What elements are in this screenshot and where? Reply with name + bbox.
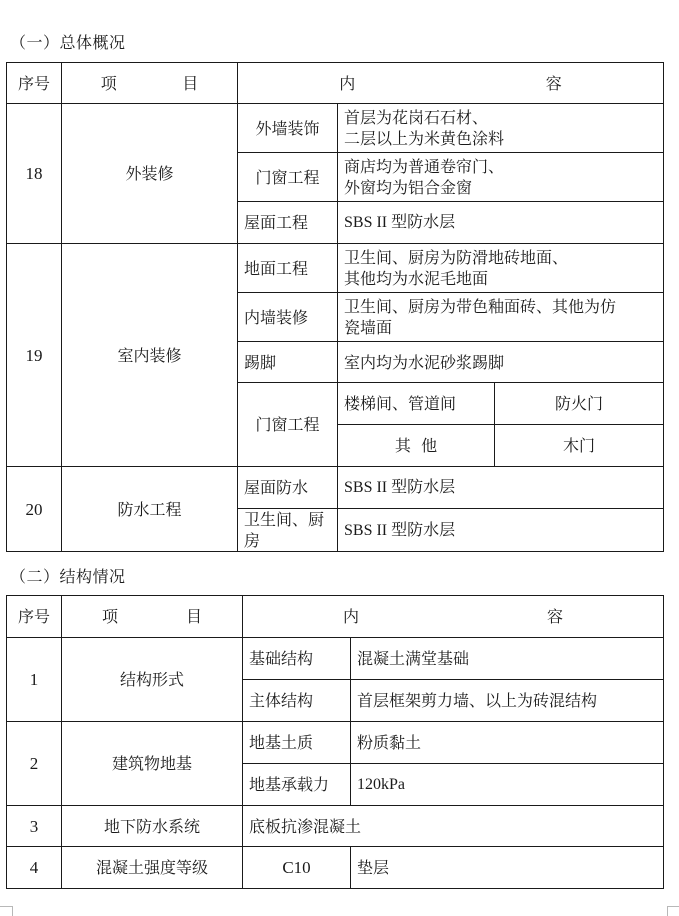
row-item: 地下防水系统 — [62, 806, 243, 847]
row-item: 外装修 — [62, 104, 238, 244]
page-corner-mark-right — [667, 906, 679, 916]
content-line: 卫生间、厨房为防滑地砖地面、 — [344, 247, 657, 268]
table-row: 2 建筑物地基 地基土质 粉质黏土 — [7, 722, 664, 764]
sub-item-name: 踢脚 — [238, 342, 338, 383]
table-row: 20 防水工程 屋面防水 SBS II 型防水层 — [7, 467, 664, 509]
sub-item-content: SBS II 型防水层 — [338, 467, 664, 509]
row-item: 结构形式 — [62, 638, 243, 722]
row-value: 底板抗渗混凝土 — [243, 806, 664, 847]
sub-item-name: 门窗工程 — [238, 153, 338, 202]
sub-item-content: 首层为花岗石石材、二层以上为米黄色涂料 — [338, 104, 664, 153]
row-value: 垫层 — [351, 847, 664, 889]
sub-item-content: 室内均为水泥砂浆踢脚 — [338, 342, 664, 383]
sub-item-name: 地面工程 — [238, 244, 338, 293]
table-row: 18 外装修 外墙装饰 首层为花岗石石材、二层以上为米黄色涂料 — [7, 104, 664, 153]
sub-item-content: 卫生间、厨房为带色釉面砖、其他为仿瓷墙面 — [338, 293, 664, 342]
header-seq: 序号 — [7, 63, 62, 104]
content-line: 商店均为普通卷帘门、 — [344, 156, 657, 177]
row-seq: 2 — [7, 722, 62, 806]
grid-cell: 其 他 — [338, 425, 495, 467]
sub-item-content: 卫生间、厨房为防滑地砖地面、其他均为水泥毛地面 — [338, 244, 664, 293]
grid-cell: 木门 — [495, 425, 664, 467]
header-item-a: 项 — [102, 606, 118, 627]
row-item: 防水工程 — [62, 467, 238, 552]
row-seq: 19 — [7, 244, 62, 467]
header-item-b: 目 — [182, 73, 198, 94]
sub-item-name: 屋面防水 — [238, 467, 338, 509]
table-row: 19 室内装修 地面工程 卫生间、厨房为防滑地砖地面、其他均为水泥毛地面 — [7, 244, 664, 293]
header-content-b: 容 — [546, 73, 562, 94]
row-seq: 3 — [7, 806, 62, 847]
table-header-row: 序号 项目 内容 — [7, 596, 664, 638]
row-item: 混凝土强度等级 — [62, 847, 243, 889]
page-corner-mark-left — [0, 906, 13, 916]
content-line: 卫生间、厨房为带色釉面砖、其他为仿 — [344, 296, 657, 317]
content-line: 外窗均为铝合金窗 — [344, 177, 657, 198]
sub-item-value: 粉质黏土 — [351, 722, 664, 764]
sub-item-name: 基础结构 — [243, 638, 351, 680]
sub-item-content: SBS II 型防水层 — [338, 202, 664, 244]
content-line: 瓷墙面 — [344, 317, 657, 338]
header-item-b: 目 — [186, 606, 202, 627]
grid-cell: 防火门 — [495, 383, 664, 425]
header-seq: 序号 — [7, 596, 62, 638]
table-row: 1 结构形式 基础结构 混凝土满堂基础 — [7, 638, 664, 680]
sub-item-content: 商店均为普通卷帘门、外窗均为铝合金窗 — [338, 153, 664, 202]
header-content: 内容 — [238, 63, 664, 104]
sub-item-content: SBS II 型防水层 — [338, 509, 664, 552]
sub-item-value: 120kPa — [351, 764, 664, 806]
structure-table: 序号 项目 内容 1 结构形式 基础结构 混凝土满堂基础 主体结构 首层框架剪力… — [6, 595, 664, 889]
header-content: 内容 — [243, 596, 664, 638]
row-grade: C10 — [243, 847, 351, 889]
sub-item-name: 卫生间、厨房 — [238, 509, 338, 552]
row-item: 建筑物地基 — [62, 722, 243, 806]
table-header-row: 序号 项目 内容 — [7, 63, 664, 104]
header-item: 项目 — [62, 63, 238, 104]
sub-item-value: 首层框架剪力墙、以上为砖混结构 — [351, 680, 664, 722]
table-row: 3 地下防水系统 底板抗渗混凝土 — [7, 806, 664, 847]
sub-item-name: 地基土质 — [243, 722, 351, 764]
content-line: 其他均为水泥毛地面 — [344, 268, 657, 289]
row-seq: 20 — [7, 467, 62, 552]
sub-item-name: 门窗工程 — [238, 383, 338, 467]
sub-item-name: 主体结构 — [243, 680, 351, 722]
row-seq: 18 — [7, 104, 62, 244]
row-seq: 1 — [7, 638, 62, 722]
row-seq: 4 — [7, 847, 62, 889]
header-content-b: 容 — [547, 606, 563, 627]
grid-cell: 楼梯间、管道间 — [338, 383, 495, 425]
sub-item-name: 外墙装饰 — [238, 104, 338, 153]
section-title-structure: （二）结构情况 — [10, 564, 126, 587]
overview-table: 序号 项目 内容 18 外装修 外墙装饰 首层为花岗石石材、二层以上为米黄色涂料… — [6, 62, 664, 552]
sub-item-value: 混凝土满堂基础 — [351, 638, 664, 680]
content-line: 二层以上为米黄色涂料 — [344, 128, 657, 149]
table-row: 4 混凝土强度等级 C10 垫层 — [7, 847, 664, 889]
sub-item-name: 屋面工程 — [238, 202, 338, 244]
sub-item-name: 内墙装修 — [238, 293, 338, 342]
header-content-a: 内 — [339, 73, 355, 94]
row-item: 室内装修 — [62, 244, 238, 467]
header-item-a: 项 — [101, 73, 117, 94]
section-title-overview: （一）总体概况 — [10, 30, 126, 53]
content-line: 首层为花岗石石材、 — [344, 107, 657, 128]
header-content-a: 内 — [343, 606, 359, 627]
sub-item-name: 地基承载力 — [243, 764, 351, 806]
header-item: 项目 — [62, 596, 243, 638]
